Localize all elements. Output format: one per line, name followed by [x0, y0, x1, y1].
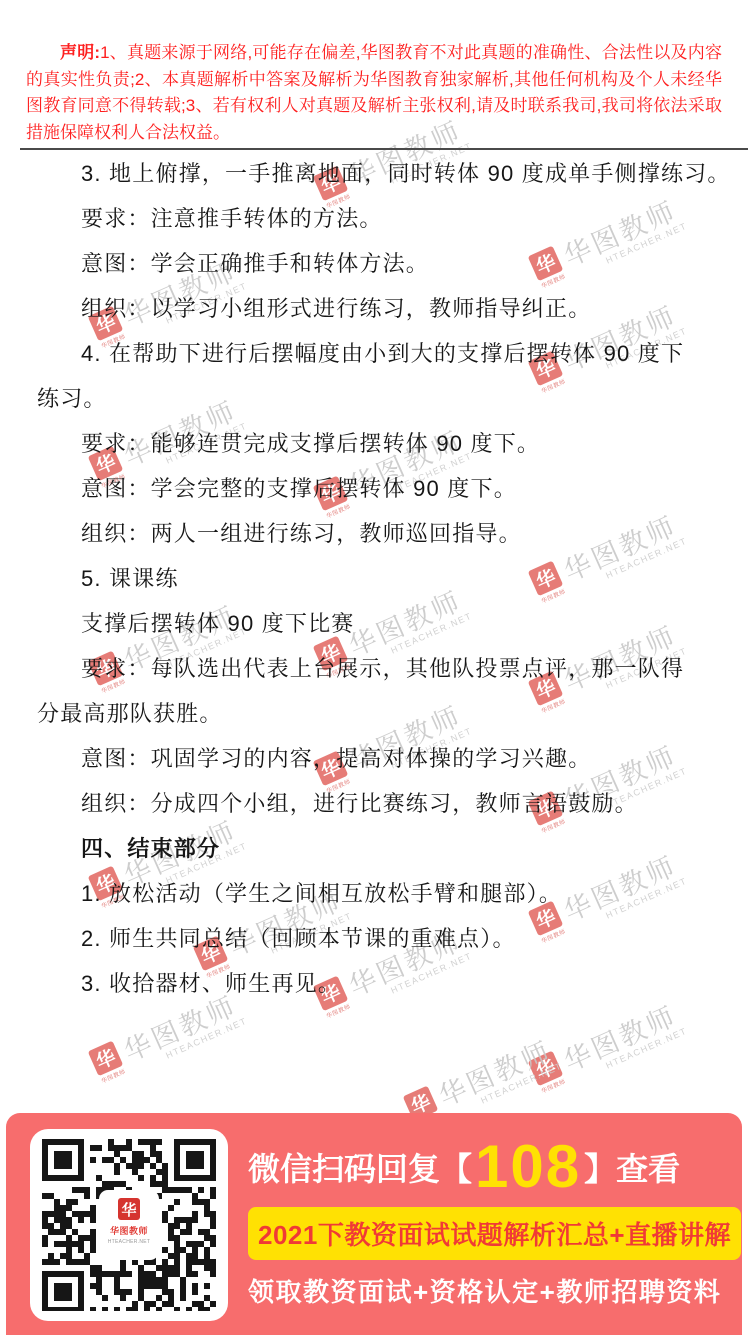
promo-text-block: 微信扫码回复【108】查看 2021下教资面试试题解析汇总+直播讲解 领取教资面…	[248, 1137, 734, 1309]
watermark-site-text: HTEACHER.NET	[479, 1061, 563, 1106]
qr-box: 华 华图教师 HTEACHER.NET	[30, 1129, 228, 1321]
paragraph: 2. 师生共同总结（回顾本节课的重难点）。	[37, 916, 737, 961]
paragraph: 4. 在帮助下进行后摆幅度由小到大的支撑后摆转体 90 度下 练习。	[37, 331, 737, 421]
body-paragraphs: 3. 地上俯撑，一手推离地面，同时转体 90 度成单手侧撑练习。要求：注意推手转…	[37, 151, 737, 1006]
disclaimer-label: 声明:	[60, 43, 100, 62]
separator-line	[20, 148, 748, 150]
paragraph: 要求：能够连贯完成支撑后摆转体 90 度下。	[37, 421, 737, 466]
qr-site-text: HTEACHER.NET	[108, 1239, 151, 1245]
promo-line3: 领取教资面试+资格认定+教师招聘资料	[248, 1272, 734, 1309]
paragraph: 1. 放松活动（学生之间相互放松手臂和腿部）。	[37, 871, 737, 916]
promo-footer: 华 华图教师 HTEACHER.NET 微信扫码回复【108】查看 2021下教…	[6, 1113, 742, 1335]
paragraph: 3. 地上俯撑，一手推离地面，同时转体 90 度成单手侧撑练习。	[37, 151, 737, 196]
promo-reply-code: 108	[475, 1137, 581, 1197]
paragraph: 四、结束部分	[37, 826, 737, 871]
paragraph: 5. 课课练	[37, 556, 737, 601]
paragraph: 要求：每队选出代表上台展示，其他队投票点评，那一队得 分最高那队获胜。	[37, 646, 737, 736]
paragraph: 组织：两人一组进行练习，教师巡回指导。	[37, 511, 737, 556]
paragraph: 意图：学会完整的支撑后摆转体 90 度下。	[37, 466, 737, 511]
paragraph: 意图：学会正确推手和转体方法。	[37, 241, 737, 286]
promo-line1-suffix: 】查看	[584, 1144, 680, 1190]
promo-highlight-banner: 2021下教资面试试题解析汇总+直播讲解	[248, 1207, 741, 1260]
qr-center-label: 华 华图教师 HTEACHER.NET	[102, 1193, 156, 1257]
promo-line1: 微信扫码回复【108】查看	[248, 1137, 734, 1197]
paragraph: 支撑后摆转体 90 度下比赛	[37, 601, 737, 646]
qr-brand-text: 华图教师	[110, 1224, 148, 1237]
promo-line1-prefix: 微信扫码回复【	[248, 1144, 472, 1190]
watermark-logo-icon: 华华图教师	[527, 1050, 567, 1095]
paragraph: 3. 收拾器材、师生再见。	[37, 961, 737, 1006]
watermark-site-text: HTEACHER.NET	[164, 1016, 248, 1061]
disclaimer: 声明:1、真题来源于网络,可能存在偏差,华图教育不对此真题的准确性、合法性以及内…	[26, 40, 722, 146]
watermark-logo-icon: 华华图教师	[87, 1040, 127, 1085]
paragraph: 组织：分成四个小组，进行比赛练习，教师言语鼓励。	[37, 781, 737, 826]
huatu-logo-icon: 华	[118, 1198, 140, 1220]
watermark-brand-text: 华图教师	[432, 1028, 561, 1114]
paragraph: 意图：巩固学习的内容，提高对体操的学习兴趣。	[37, 736, 737, 781]
watermark: 华华图教师华图教师HTEACHER.NET	[526, 993, 689, 1099]
disclaimer-text: 1、真题来源于网络,可能存在偏差,华图教育不对此真题的准确性、合法性以及内容的真…	[26, 43, 722, 142]
paragraph: 组织：以学习小组形式进行练习，教师指导纠正。	[37, 286, 737, 331]
watermark-site-text: HTEACHER.NET	[604, 1026, 688, 1071]
document-page: 华华图教师华图教师HTEACHER.NET华华图教师华图教师HTEACHER.N…	[0, 0, 748, 1335]
paragraph: 要求：注意推手转体的方法。	[37, 196, 737, 241]
